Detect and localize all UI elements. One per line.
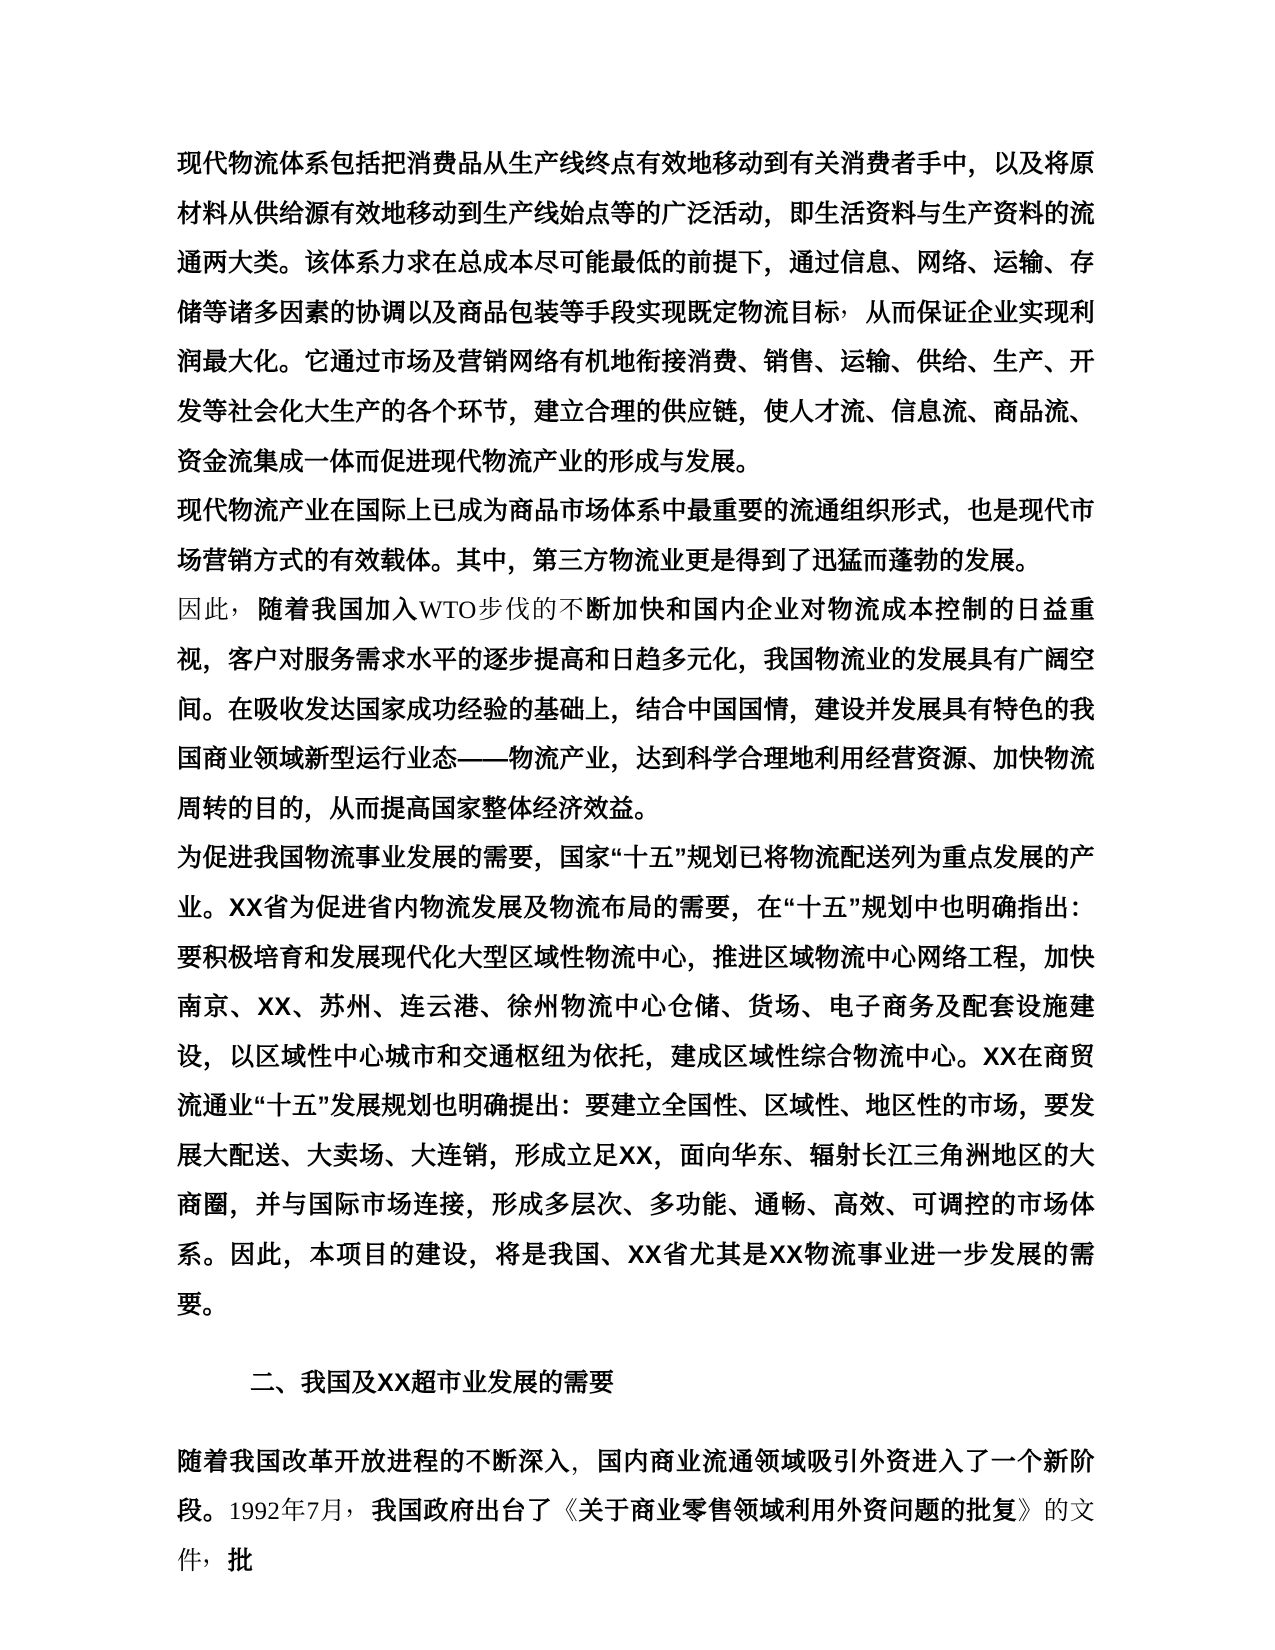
text-segment: 现代物流产业在国际上已成为商品市场体系中最重要的流通组织形式，也是现代市场营销方… <box>177 497 1095 575</box>
body-paragraph-3: 因此，随着我国加入WTO步伐的不断加快和国内企业对物流成本控制的日益重视，客户对… <box>177 586 1095 834</box>
text-segment: 批 <box>228 1547 253 1575</box>
body-paragraph-5: 随着我国改革开放进程的不断深入，国内商业流通领域吸引外资进入了一个新阶段。199… <box>177 1438 1095 1587</box>
text-segment: 1992年7月 <box>229 1498 346 1525</box>
document-body: 现代物流体系包括把消费品从生产线终点有效地移动到有关消费者手中，以及将原材料从供… <box>177 140 1095 1587</box>
text-segment: 二、我国及XX超市业发展的需要 <box>250 1369 614 1397</box>
document-page: 现代物流体系包括把消费品从生产线终点有效地移动到有关消费者手中，以及将原材料从供… <box>0 0 1275 1650</box>
text-segment: 随着我国改革开放进程的不断深入 <box>177 1448 571 1476</box>
text-segment: 我国政府出台了 <box>372 1497 553 1525</box>
text-segment: 《 <box>553 1498 579 1525</box>
text-segment: 因此 <box>177 597 231 624</box>
text-segment: WTO步伐的不 <box>419 597 586 624</box>
body-paragraph-4: 为促进我国物流事业发展的需要，国家“十五”规划已将物流配送列为重点发展的产业。X… <box>177 834 1095 1330</box>
text-segment: ， <box>231 590 258 617</box>
text-segment: 随着我国加入 <box>258 596 419 624</box>
section-heading: 二、我国及XX超市业发展的需要 <box>177 1359 1095 1409</box>
body-paragraph-1: 现代物流体系包括把消费品从生产线终点有效地移动到有关消费者手中，以及将原材料从供… <box>177 140 1095 487</box>
text-segment: ， <box>571 1449 597 1476</box>
text-segment: 为促进我国物流事业发展的需要，国家“十五”规划已将物流配送列为重点发展的产业。X… <box>177 844 1095 1318</box>
text-segment: ， <box>202 1541 227 1568</box>
text-segment: 关于商业零售领域利用外资问题的批复 <box>578 1497 1017 1525</box>
body-paragraph-2: 现代物流产业在国际上已成为商品市场体系中最重要的流通组织形式，也是现代市场营销方… <box>177 487 1095 586</box>
text-segment: ， <box>346 1491 372 1518</box>
text-segment: 断加快和国内企业对物流成本控制的日益重视，客户对服务需求水平的逐步提高和日趋多元… <box>177 596 1095 822</box>
text-segment: ， <box>840 292 866 319</box>
